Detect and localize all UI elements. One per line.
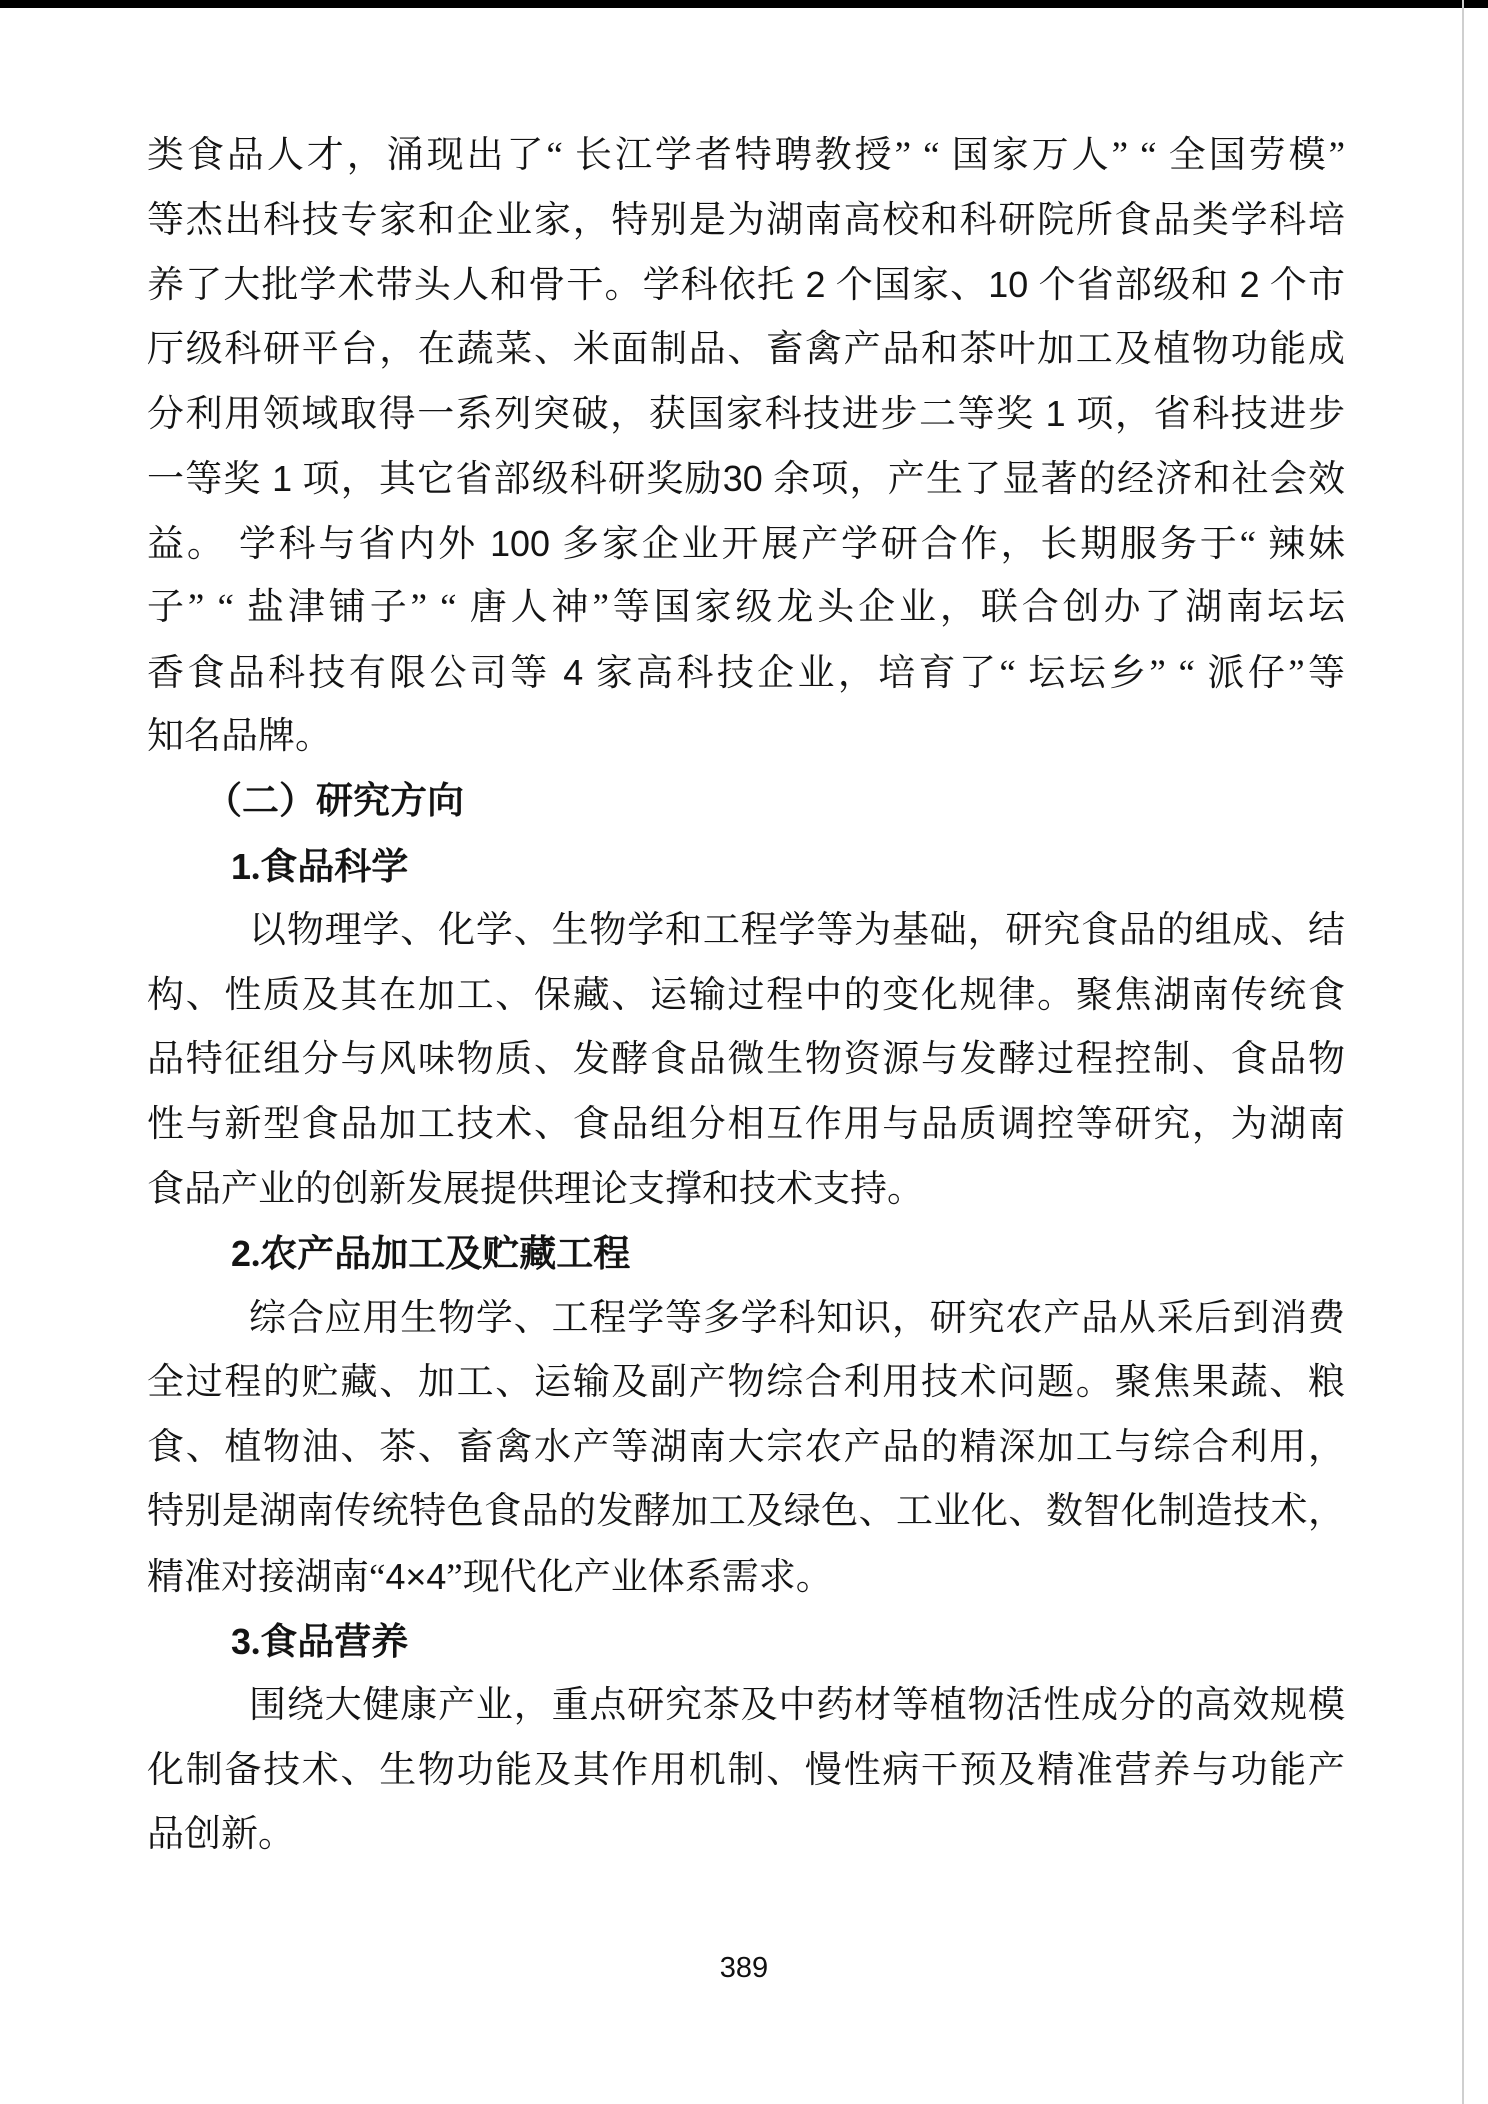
- text-line: 类食品人才，涌现出了“ 长江学者特聘教授” “ 国家万人” “ 全国劳模”: [147, 124, 1345, 189]
- document-body: 类食品人才，涌现出了“ 长江学者特聘教授” “ 国家万人” “ 全国劳模”等杰出…: [147, 124, 1345, 1868]
- section-heading: （二）研究方向: [205, 770, 1345, 835]
- scan-top-edge: [0, 0, 1488, 8]
- text-line: 特别是湖南传统特色食品的发酵加工及绿色、工业化、数智化制造技术，: [147, 1480, 1345, 1545]
- text-line: 一等奖 1 项，其它省部级科研奖励30 余项，产生了显著的经济和社会效: [147, 447, 1345, 512]
- scan-artifact-line: [1462, 0, 1464, 2104]
- text-line: 益。 学科与省内外 100 多家企业开展产学研合作，长期服务于“ 辣妹: [147, 512, 1345, 577]
- text-line: 养了大批学术带头人和骨干。学科依托 2 个国家、10 个省部级和 2 个市: [147, 253, 1345, 318]
- text-line: 子” “ 盐津铺子” “ 唐人神”等国家级龙头企业，联合创办了湖南坛坛: [147, 576, 1345, 641]
- text-line: 精准对接湖南“4×4”现代化产业体系需求。: [147, 1545, 1345, 1610]
- section-heading: 1.食品科学: [231, 835, 1345, 900]
- text-line: 食品产业的创新发展提供理论支撑和技术支持。: [147, 1158, 1345, 1223]
- page-number: 389: [0, 1952, 1488, 1985]
- text-line: 品特征组分与风味物质、发酵食品微生物资源与发酵过程控制、食品物: [147, 1028, 1345, 1093]
- text-line: 厅级科研平台，在蔬菜、米面制品、畜禽产品和茶叶加工及植物功能成: [147, 318, 1345, 383]
- text-line: 围绕大健康产业，重点研究茶及中药材等植物活性成分的高效规模: [147, 1674, 1345, 1739]
- section-heading: 2.农产品加工及贮藏工程: [231, 1222, 1345, 1287]
- section-heading: 3.食品营养: [231, 1610, 1345, 1675]
- text-line: 以物理学、化学、生物学和工程学等为基础，研究食品的组成、结: [147, 899, 1345, 964]
- text-line: 品创新。: [147, 1803, 1345, 1868]
- text-line: 全过程的贮藏、加工、运输及副产物综合利用技术问题。聚焦果蔬、粮: [147, 1351, 1345, 1416]
- text-line: 食、植物油、茶、畜禽水产等湖南大宗农产品的精深加工与综合利用，: [147, 1416, 1345, 1481]
- text-line: 综合应用生物学、工程学等多学科知识，研究农产品从采后到消费: [147, 1287, 1345, 1352]
- text-line: 性与新型食品加工技术、食品组分相互作用与品质调控等研究，为湖南: [147, 1093, 1345, 1158]
- text-line: 香食品科技有限公司等 4 家高科技企业，培育了“ 坛坛乡” “ 派仔”等: [147, 641, 1345, 706]
- text-line: 等杰出科技专家和企业家，特别是为湖南高校和科研院所食品类学科培: [147, 189, 1345, 254]
- text-line: 化制备技术、生物功能及其作用机制、慢性病干预及精准营养与功能产: [147, 1739, 1345, 1804]
- text-line: 构、性质及其在加工、保藏、运输过程中的变化规律。聚焦湖南传统食: [147, 964, 1345, 1029]
- text-line: 分利用领域取得一系列突破，获国家科技进步二等奖 1 项，省科技进步: [147, 382, 1345, 447]
- text-line: 知名品牌。: [147, 705, 1345, 770]
- document-page: 类食品人才，涌现出了“ 长江学者特聘教授” “ 国家万人” “ 全国劳模”等杰出…: [0, 0, 1488, 2104]
